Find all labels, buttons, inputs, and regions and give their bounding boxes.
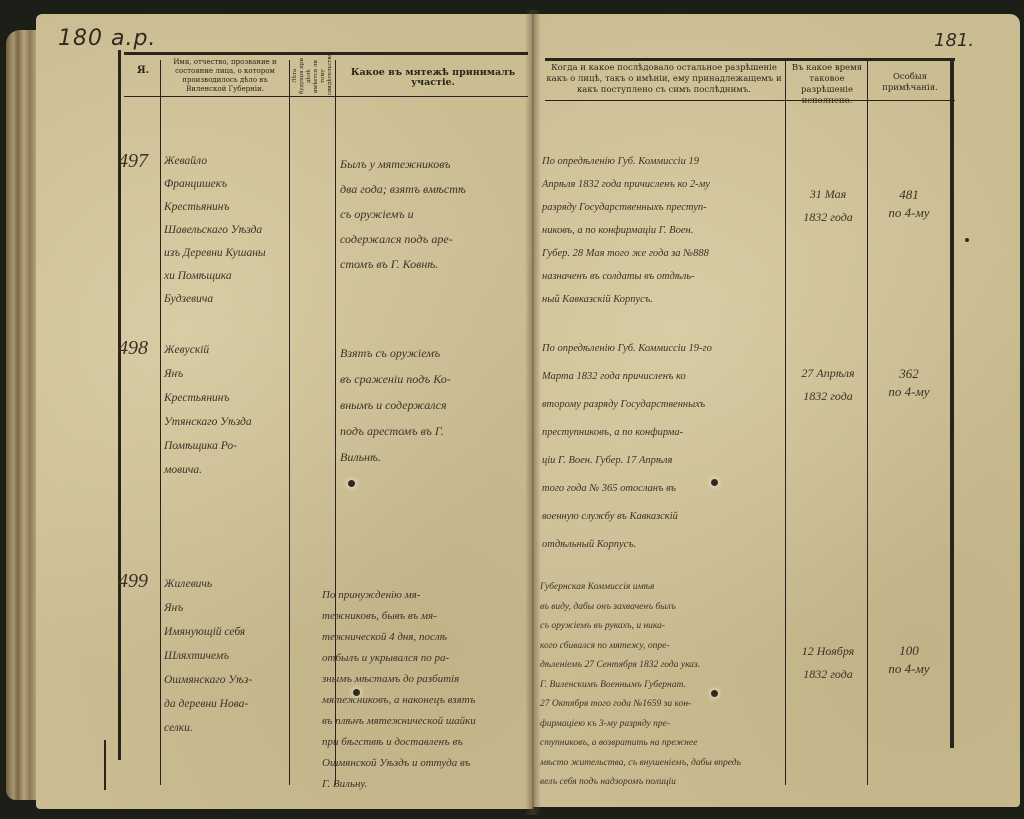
binding-hole (348, 480, 355, 487)
row-497-participation: Былъ у мятежниковъ два года; взятъ вмѣст… (340, 152, 525, 277)
book-gutter (525, 10, 541, 815)
row-499-name: Жилевичь Янъ Имянующій себя Шляхтичемъ О… (164, 572, 290, 740)
row-499-resolution: Губернская Коммиссія имѣя въ виду, дабы … (540, 578, 785, 793)
header-case-years: Лѣта будущія при дѣлѣ имѣется ли тому св… (292, 57, 334, 95)
row-497-notes: 481 по 4-му (870, 186, 948, 222)
header-no: Я. (128, 66, 158, 76)
left-border-rule-lower (104, 740, 106, 790)
ledger-spread: 180 a.p. 181. Я. Имя, отчество, прозвани… (0, 0, 1024, 819)
row-498-resolution: По опредѣленію Губ. Коммиссіи 19-го Март… (542, 335, 782, 559)
col-rule-executed (785, 60, 786, 785)
header-name: Имя, отчество, прозвание и состояние лиц… (165, 58, 285, 94)
header-bottom-rule-left (124, 96, 528, 97)
binding-hole (711, 479, 718, 486)
header-bottom-rule-right (545, 100, 955, 101)
left-page-number: 180 a.p. (58, 26, 156, 51)
right-border-rule (950, 58, 954, 748)
row-499-executed-when: 12 Ноября 1832 года (790, 640, 866, 686)
row-498-number: 498 (118, 337, 148, 360)
header-notes: Особыя примѣчанія. (870, 72, 950, 94)
col-rule-notes (867, 60, 868, 785)
row-498-name: Жевускій Янъ Крестьянинъ Утянскаго Уѣзда… (164, 338, 290, 482)
ink-spot (965, 238, 969, 242)
col-rule-name (160, 60, 161, 785)
binding-hole (711, 690, 718, 697)
header-executed-when: Въ какое время таковое разрѣшеніе исполн… (788, 63, 866, 107)
right-page-number: 181. (934, 30, 974, 51)
header-top-rule-left (124, 52, 528, 55)
row-499-number: 499 (118, 570, 148, 593)
header-top-rule-right (545, 58, 955, 61)
binding-hole (353, 689, 360, 696)
row-499-notes: 100 по 4-му (870, 642, 948, 678)
row-498-participation: Взятъ съ оружіемъ въ сраженіи подъ Ко- в… (340, 340, 525, 470)
row-498-executed-when: 27 Апрѣля 1832 года (790, 362, 866, 408)
row-497-name: Жевайло Францишекъ Крестьянинъ Шавельска… (164, 150, 290, 311)
row-497-number: 497 (118, 150, 148, 173)
row-498-notes: 362 по 4-му (870, 365, 948, 401)
row-497-executed-when: 31 Мая 1832 года (790, 183, 866, 229)
header-resolution: Когда и какое послѣдовало остальное разр… (545, 63, 783, 96)
row-497-resolution: По опредѣленію Губ. Коммиссіи 19 Апрѣля … (542, 150, 782, 311)
header-participation: Какое въ мятежѣ принималъ участіе. (338, 68, 528, 88)
